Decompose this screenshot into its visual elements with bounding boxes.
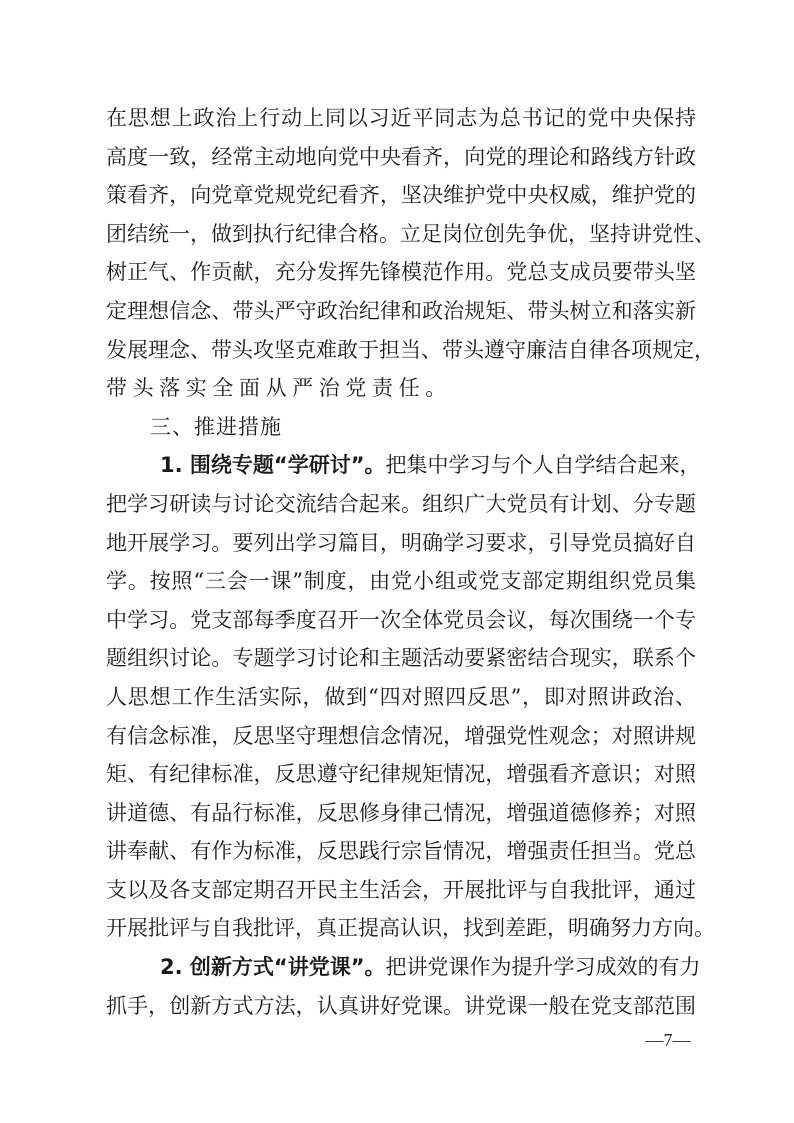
paragraph-line: 在思想上政治上行动上同以习近平同志为总书记的党中央保持: [106, 99, 696, 138]
item-2-title: 2. 创新方式“讲党课”。: [160, 955, 386, 979]
page-number: —7—: [638, 1030, 698, 1051]
paragraph-line: 讲奉献、有作为标准，反思践行宗旨情况，增强责任担当。党总: [106, 832, 696, 871]
paragraph-line: 团结统一，做到执行纪律合格。立足岗位创先争优，坚持讲党性、: [106, 215, 696, 254]
item-2-first-line-text: 把讲党课作为提升学习成效的有力: [386, 955, 701, 979]
paragraph-line: 高度一致，经常主动地向党中央看齐，向党的理论和路线方针政: [106, 138, 696, 177]
paragraph-line: 人思想工作生活实际，做到“四对照四反思”，即对照讲政治、: [106, 678, 696, 717]
document-body: 在思想上政治上行动上同以习近平同志为总书记的党中央保持 高度一致，经常主动地向党…: [106, 99, 696, 1025]
paragraph-line: 树正气、作贡献，充分发挥先锋模范作用。党总支成员要带头坚: [106, 253, 696, 292]
paragraph-line: 地开展学习。要列出学习篇目，明确学习要求，引导党员搞好自: [106, 524, 696, 563]
paragraph-line: 抓手，创新方式方法，认真讲好党课。讲党课一般在党支部范围: [106, 987, 696, 1026]
item-1-title: 1. 围绕专题“学研讨”。: [160, 453, 386, 477]
paragraph-line: 发展理念、带头攻坚克难敢于担当、带头遵守廉洁自律各项规定，: [106, 331, 696, 370]
paragraph-line: 定理想信念、带头严守政治纪律和政治规矩、带头树立和落实新: [106, 292, 696, 331]
paragraph-line: 中学习。党支部每季度召开一次全体党员会议，每次围绕一个专: [106, 601, 696, 640]
paragraph-line: 学。按照“三会一课”制度，由党小组或党支部定期组织党员集: [106, 562, 696, 601]
paragraph-line: 策看齐，向党章党规党纪看齐，坚决维护党中央权威，维护党的: [106, 176, 696, 215]
paragraph-line: 讲道德、有品行标准，反思修身律己情况，增强道德修养；对照: [106, 794, 696, 833]
paragraph-line: 支以及各支部定期召开民主生活会，开展批评与自我批评，通过: [106, 871, 696, 910]
paragraph-line: 有信念标准，反思坚守理想信念情况，增强党性观念；对照讲规: [106, 717, 696, 756]
paragraph-line: 题组织讨论。专题学习讨论和主题活动要紧密结合现实，联系个: [106, 639, 696, 678]
section-heading: 三、推进措施: [106, 408, 696, 447]
paragraph-line: 把学习研读与讨论交流结合起来。组织广大党员有计划、分专题: [106, 485, 696, 524]
item-2-first-line: 2. 创新方式“讲党课”。把讲党课作为提升学习成效的有力: [106, 948, 696, 987]
paragraph-line: 矩、有纪律标准，反思遵守纪律规矩情况，增强看齐意识；对照: [106, 755, 696, 794]
paragraph-line: 开展批评与自我批评，真正提高认识，找到差距，明确努力方向。: [106, 909, 696, 948]
document-page: 在思想上政治上行动上同以习近平同志为总书记的党中央保持 高度一致，经常主动地向党…: [0, 0, 794, 1123]
item-1-first-line: 1. 围绕专题“学研讨”。把集中学习与个人自学结合起来，: [106, 446, 696, 485]
paragraph-line: 带头落实全面从严治党责任。: [106, 369, 696, 408]
item-1-first-line-text: 把集中学习与个人自学结合起来，: [386, 453, 701, 477]
